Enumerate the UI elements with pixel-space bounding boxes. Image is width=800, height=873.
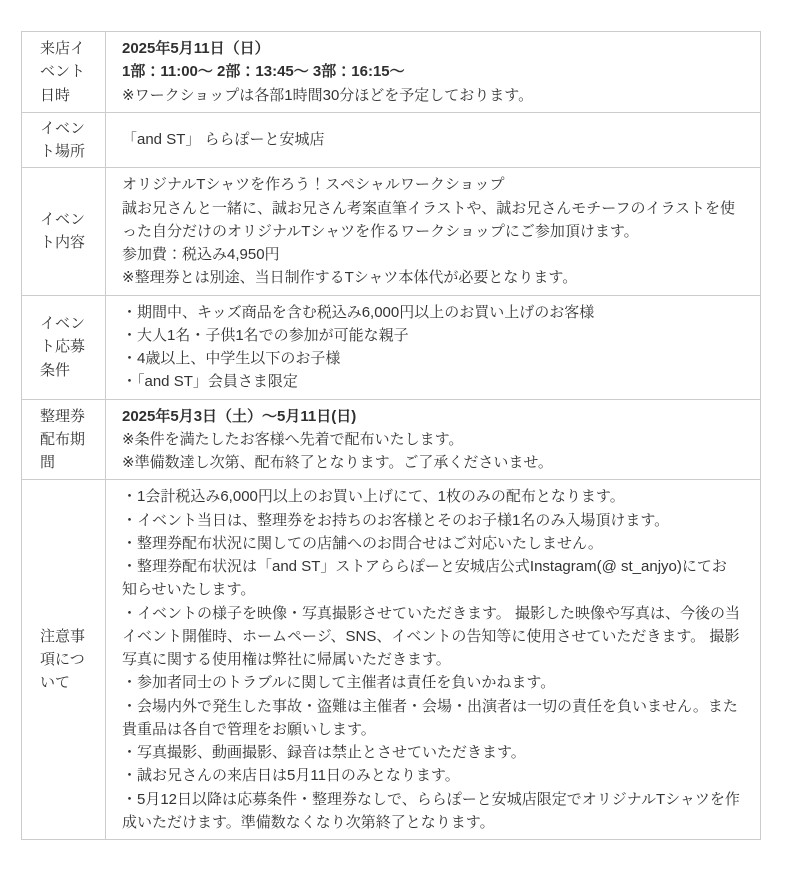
content-line: ・1会計税込み6,000円以上のお買い上げにて、1枚のみの配布となります。	[122, 485, 740, 508]
row-content-cell: 2025年5月3日（土）～5月11日(日)※条件を満たしたお客様へ先着で配布いた…	[106, 399, 761, 480]
row-content-cell: 「and ST」 ららぽーと安城店	[106, 112, 761, 168]
row-header-label: イベント応募条件	[22, 295, 106, 399]
content-line: オリジナルTシャツを作ろう！スペシャルワークショップ	[122, 173, 740, 196]
table-row: イベント場所「and ST」 ららぽーと安城店	[22, 112, 761, 168]
content-line: ・整理券配布状況は「and ST」ストアららぽーと安城店公式Instagram(…	[122, 555, 740, 602]
content-line: ・期間中、キッズ商品を含む税込み6,000円以上のお買い上げのお客様	[122, 301, 740, 324]
content-line: ・大人1名・子供1名での参加が可能な親子	[122, 324, 740, 347]
content-line: ※整理券とは別途、当日制作するTシャツ本体代が必要となります。	[122, 266, 740, 289]
content-line: ・「and ST」会員さま限定	[122, 370, 740, 393]
content-line: ・会場内外で発生した事故・盗難は主催者・会場・出演者は一切の責任を負いません。ま…	[122, 695, 740, 742]
content-line: 1部：11:00～ 2部：13:45～ 3部：16:15～	[122, 60, 740, 83]
row-header-label: 整理券配布期間	[22, 399, 106, 480]
table-row: 注意事項について・1会計税込み6,000円以上のお買い上げにて、1枚のみの配布と…	[22, 480, 761, 840]
row-content-cell: オリジナルTシャツを作ろう！スペシャルワークショップ誠お兄さんと一緒に、誠お兄さ…	[106, 168, 761, 295]
content-line: ・イベントの様子を映像・写真撮影させていただきます。 撮影した映像や写真は、今後…	[122, 602, 740, 672]
row-header-label: 注意事項について	[22, 480, 106, 840]
row-header-label: イベント場所	[22, 112, 106, 168]
row-header-label: イベント内容	[22, 168, 106, 295]
row-content-cell: ・期間中、キッズ商品を含む税込み6,000円以上のお買い上げのお客様・大人1名・…	[106, 295, 761, 399]
page: 来店イベント日時2025年5月11日（日）1部：11:00～ 2部：13:45～…	[0, 0, 800, 873]
table-row: イベント応募条件・期間中、キッズ商品を含む税込み6,000円以上のお買い上げのお…	[22, 295, 761, 399]
content-line: ・4歳以上、中学生以下のお子様	[122, 347, 740, 370]
content-line: ※ワークショップは各部1時間30分ほどを予定しております。	[122, 84, 740, 107]
content-line: 2025年5月3日（土）～5月11日(日)	[122, 405, 740, 428]
content-line: ・整理券配布状況に関しての店舗へのお問合せはご対応いたしません。	[122, 532, 740, 555]
content-line: 参加費：税込み4,950円	[122, 243, 740, 266]
event-info-table-body: 来店イベント日時2025年5月11日（日）1部：11:00～ 2部：13:45～…	[22, 32, 761, 840]
row-content-cell: 2025年5月11日（日）1部：11:00～ 2部：13:45～ 3部：16:1…	[106, 32, 761, 113]
event-info-table: 来店イベント日時2025年5月11日（日）1部：11:00～ 2部：13:45～…	[21, 31, 761, 840]
content-line: 2025年5月11日（日）	[122, 37, 740, 60]
table-row: イベント内容オリジナルTシャツを作ろう！スペシャルワークショップ誠お兄さんと一緒…	[22, 168, 761, 295]
content-line: ・イベント当日は、整理券をお持ちのお客様とそのお子様1名のみ入場頂けます。	[122, 509, 740, 532]
row-content-cell: ・1会計税込み6,000円以上のお買い上げにて、1枚のみの配布となります。・イベ…	[106, 480, 761, 840]
content-line: ・写真撮影、動画撮影、録音は禁止とさせていただきます。	[122, 741, 740, 764]
content-line: ・誠お兄さんの来店日は5月11日のみとなります。	[122, 764, 740, 787]
content-line: ※条件を満たしたお客様へ先着で配布いたします。	[122, 428, 740, 451]
table-row: 整理券配布期間2025年5月3日（土）～5月11日(日)※条件を満たしたお客様へ…	[22, 399, 761, 480]
content-line: 誠お兄さんと一緒に、誠お兄さん考案直筆イラストや、誠お兄さんモチーフのイラストを…	[122, 197, 740, 244]
row-header-label: 来店イベント日時	[22, 32, 106, 113]
table-row: 来店イベント日時2025年5月11日（日）1部：11:00～ 2部：13:45～…	[22, 32, 761, 113]
content-line: ・5月12日以降は応募条件・整理券なしで、ららぽーと安城店限定でオリジナルTシャ…	[122, 788, 740, 835]
content-line: 「and ST」 ららぽーと安城店	[122, 128, 740, 151]
content-line: ※準備数達し次第、配布終了となります。ご了承くださいませ。	[122, 451, 740, 474]
content-line: ・参加者同士のトラブルに関して主催者は責任を負いかねます。	[122, 671, 740, 694]
